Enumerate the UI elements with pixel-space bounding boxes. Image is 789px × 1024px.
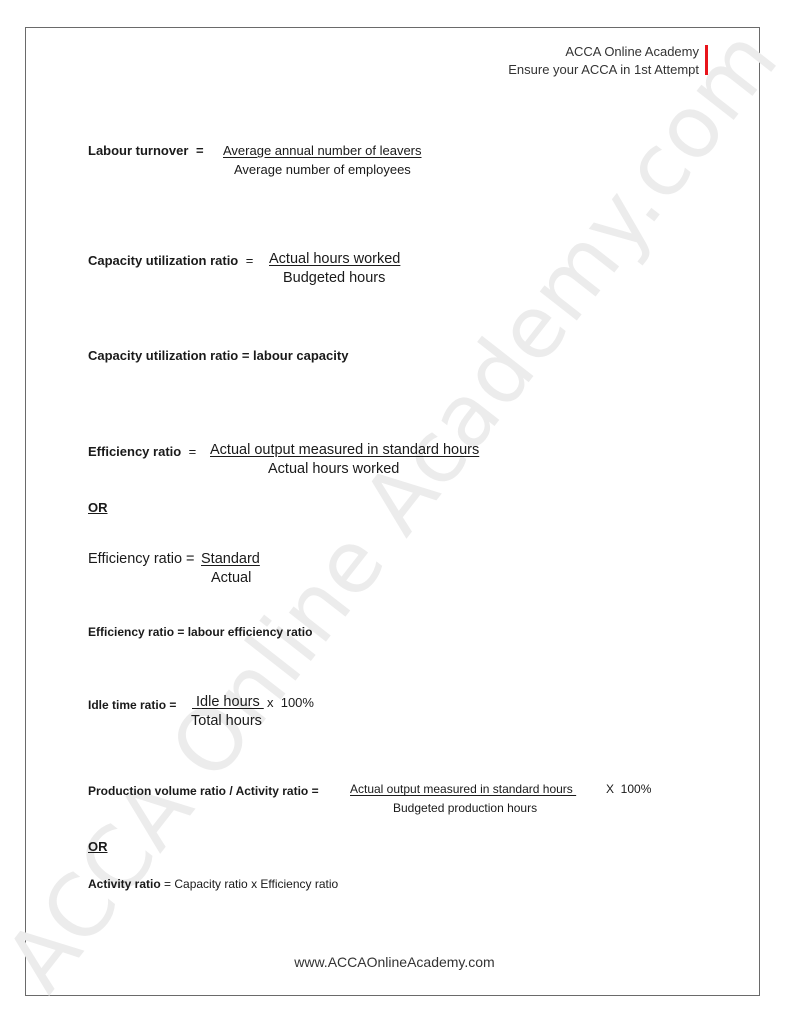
formula-capacity-utilization: Capacity utilization ratio = Actual hour… [88,252,253,270]
multiplier: X 100% [606,782,651,796]
formula-label: Efficiency ratio [88,444,181,459]
or-separator: OR [88,500,108,515]
numerator: Idle hours [192,694,264,710]
formula-expression: = Capacity ratio x Efficiency ratio [161,877,339,891]
denominator: Actual [211,570,251,586]
denominator: Total hours [191,713,262,729]
capacity-note: Capacity utilization ratio = labour capa… [88,348,348,363]
equals-sign: = [246,253,254,268]
formula-label: Production volume ratio / Activity ratio… [88,784,319,798]
denominator: Budgeted hours [283,270,385,286]
numerator: Actual output measured in standard hours [350,782,576,796]
formula-label: Idle time ratio = [88,698,176,712]
page-header: ACCA Online Academy Ensure your ACCA in … [508,43,699,79]
formula-label: Labour turnover [88,143,188,158]
formula-labour-turnover: Labour turnover = Average annual number … [88,143,204,158]
denominator: Actual hours worked [268,461,399,477]
header-tagline: Ensure your ACCA in 1st Attempt [508,61,699,79]
formula-label: Activity ratio [88,877,161,891]
header-accent-bar [705,45,708,75]
footer-url[interactable]: www.ACCAOnlineAcademy.com [0,954,789,970]
denominator: Budgeted production hours [393,801,537,815]
formula-label: Capacity utilization ratio [88,253,238,268]
formula-idle-time: Idle time ratio = Idle hours x 100% Tota… [88,696,176,714]
formula-production-volume: Production volume ratio / Activity ratio… [88,782,319,800]
formula-activity: Activity ratio = Capacity ratio x Effici… [88,877,338,891]
formula-label: Efficiency ratio = [88,551,195,567]
denominator: Average number of employees [234,162,411,177]
formula-efficiency: Efficiency ratio = Actual output measure… [88,443,196,461]
multiplier: x 100% [267,695,314,710]
numerator: Standard [201,551,260,567]
efficiency-note: Efficiency ratio = labour efficiency rat… [88,625,312,639]
equals-sign: = [196,143,204,158]
numerator: Actual output measured in standard hours [210,442,479,458]
numerator: Average annual number of leavers [223,143,422,158]
equals-sign: = [189,444,197,459]
formula-efficiency-alt: Efficiency ratio = Standard Actual [88,551,195,567]
header-brand: ACCA Online Academy [508,43,699,61]
or-separator: OR [88,839,108,854]
numerator: Actual hours worked [269,251,400,267]
